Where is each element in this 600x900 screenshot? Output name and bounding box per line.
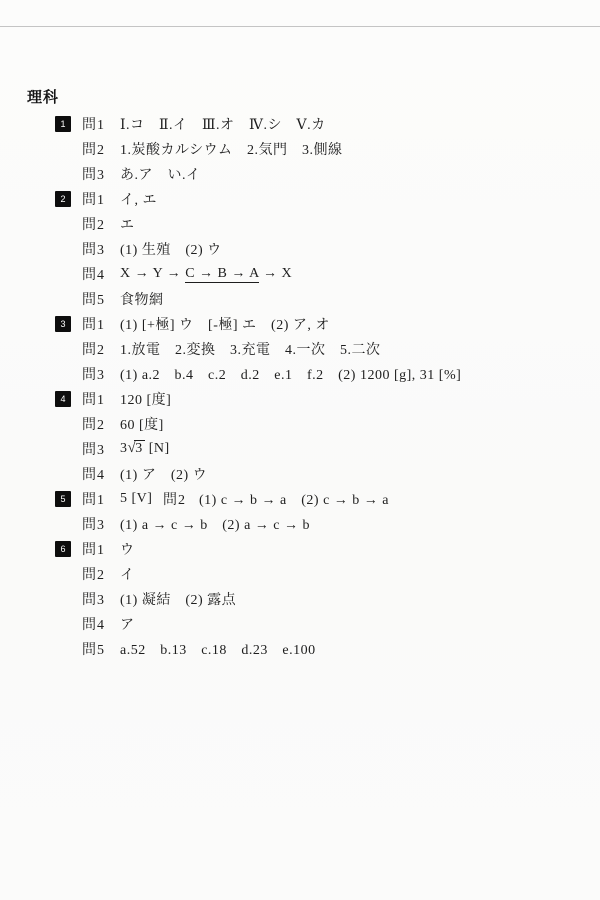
section-4-badge: 4	[55, 391, 71, 407]
question-label: 問2	[82, 139, 120, 159]
answer-row: 問3 あ.ア い.イ	[55, 161, 590, 186]
answer-text: 120 [度]	[120, 389, 171, 409]
answer-row: 問3 (1) 生殖 (2) ウ	[55, 236, 590, 261]
answer-row: 問4 X → Y → C → B → A → X	[55, 261, 590, 286]
answer-row: 問5 食物網	[55, 286, 590, 311]
cycle-prefix: X → Y →	[120, 266, 185, 281]
answer-row: 問2 イ	[55, 561, 590, 586]
answer-row: 問3 3√3[N]	[55, 436, 590, 461]
question-label: 問2	[163, 489, 199, 509]
answer-row: 4 問1 120 [度]	[55, 386, 590, 411]
question-label: 問1	[82, 189, 120, 209]
question-label: 問5	[82, 639, 120, 659]
answer-row: 問5 a.52 b.13 c.18 d.23 e.100	[55, 636, 590, 661]
answer-text: 5 [V]	[120, 491, 163, 507]
answer-text: エ	[120, 214, 135, 234]
answer-text: イ	[120, 564, 135, 584]
cycle-underlined-segment: C → B → A	[185, 266, 259, 283]
answer-text: 60 [度]	[120, 414, 164, 434]
question-label: 問1	[82, 114, 120, 134]
answer-row: 3 問1 (1) [+極] ウ [-極] エ (2) ア, オ	[55, 311, 590, 336]
section-3-badge: 3	[55, 316, 71, 332]
answer-row: 問4 ア	[55, 611, 590, 636]
answer-text: ア	[120, 614, 135, 634]
answer-row: 問3 (1) a → c → b (2) a → c → b	[55, 511, 590, 536]
question-label: 問3	[82, 364, 120, 384]
answer-text: 食物網	[120, 289, 164, 309]
answer-text: (1) c → b → a (2) c → b → a	[199, 489, 389, 509]
question-label: 問1	[82, 539, 120, 559]
question-label: 問2	[82, 214, 120, 234]
answer-text: あ.ア い.イ	[120, 164, 201, 184]
question-label: 問4	[82, 614, 120, 634]
answer-row: 問2 1.炭酸カルシウム 2.気門 3.側線	[55, 136, 590, 161]
question-label: 問3	[82, 239, 120, 259]
answer-text: (1) [+極] ウ [-極] エ (2) ア, オ	[120, 314, 330, 334]
question-label: 問1	[82, 489, 120, 509]
answer-row: 問2 エ	[55, 211, 590, 236]
answer-cycle-text: X → Y → C → B → A → X	[120, 266, 292, 282]
section-5-badge: 5	[55, 491, 71, 507]
answer-row: 5 問1 5 [V] 問2 (1) c → b → a (2) c → b → …	[55, 486, 590, 511]
question-label: 問3	[82, 439, 120, 459]
answer-sqrt-text: 3√3[N]	[120, 440, 170, 457]
answer-text: (1) 凝結 (2) 露点	[120, 589, 236, 609]
answer-text: 1.放電 2.変換 3.充電 4.一次 5.二次	[120, 339, 381, 359]
answer-text: (1) 生殖 (2) ウ	[120, 239, 222, 259]
section-6-badge: 6	[55, 541, 71, 557]
answer-text: a.52 b.13 c.18 d.23 e.100	[120, 639, 316, 659]
answer-text: (1) a.2 b.4 c.2 d.2 e.1 f.2 (2) 1200 [g]…	[120, 364, 461, 384]
answer-row: 2 問1 イ, エ	[55, 186, 590, 211]
question-label: 問4	[82, 464, 120, 484]
question-label: 問1	[82, 314, 120, 334]
question-label: 問2	[82, 564, 120, 584]
question-label: 問3	[82, 589, 120, 609]
section-2-badge: 2	[55, 191, 71, 207]
answer-text: Ⅰ.コ Ⅱ.イ Ⅲ.オ Ⅳ.シ Ⅴ.カ	[120, 114, 326, 134]
question-label: 問3	[82, 514, 120, 534]
question-label: 問4	[82, 264, 120, 284]
question-label: 問3	[82, 164, 120, 184]
answer-row: 問2 1.放電 2.変換 3.充電 4.一次 5.二次	[55, 336, 590, 361]
answer-row: 問4 (1) ア (2) ウ	[55, 461, 590, 486]
question-label: 問1	[82, 389, 120, 409]
sqrt-radicand: 3	[134, 440, 145, 457]
answer-row: 問2 60 [度]	[55, 411, 590, 436]
sqrt-unit: [N]	[149, 441, 170, 456]
question-label: 問2	[82, 414, 120, 434]
sqrt-coefficient: 3	[120, 441, 128, 456]
answer-row: 問3 (1) 凝結 (2) 露点	[55, 586, 590, 611]
answer-text: ウ	[120, 539, 135, 559]
page-top-rule	[0, 26, 600, 27]
answer-text: (1) ア (2) ウ	[120, 464, 207, 484]
answer-list: 1 問1 Ⅰ.コ Ⅱ.イ Ⅲ.オ Ⅳ.シ Ⅴ.カ 問2 1.炭酸カルシウム 2.…	[55, 111, 590, 661]
page-title: 理科	[27, 86, 59, 107]
cycle-suffix: → X	[259, 266, 292, 281]
question-label: 問5	[82, 289, 120, 309]
answer-row: 6 問1 ウ	[55, 536, 590, 561]
section-1-badge: 1	[55, 116, 71, 132]
answer-text: (1) a → c → b (2) a → c → b	[120, 514, 310, 534]
answer-text: 1.炭酸カルシウム 2.気門 3.側線	[120, 139, 343, 159]
question-label: 問2	[82, 339, 120, 359]
answer-row: 1 問1 Ⅰ.コ Ⅱ.イ Ⅲ.オ Ⅳ.シ Ⅴ.カ	[55, 111, 590, 136]
scanned-answer-sheet-page: { "colors": { "paper": "#fbfbfa", "ink":…	[0, 0, 600, 900]
answer-text: イ, エ	[120, 189, 157, 209]
answer-row: 問3 (1) a.2 b.4 c.2 d.2 e.1 f.2 (2) 1200 …	[55, 361, 590, 386]
